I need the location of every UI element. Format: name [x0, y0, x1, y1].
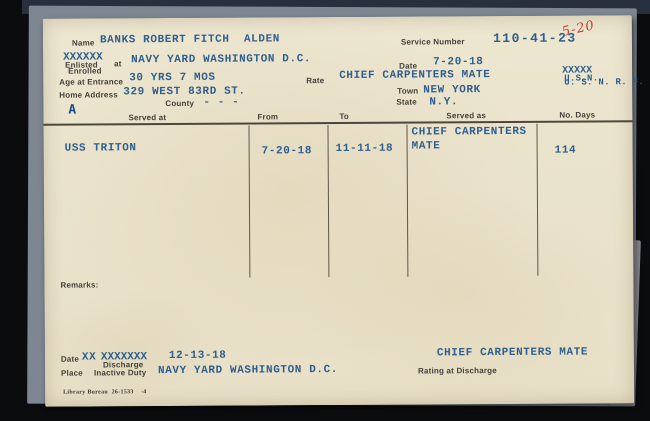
- enrolled-label: Enrolled: [68, 66, 102, 75]
- row-from: 7-20-18: [262, 145, 312, 157]
- column-from: From: [257, 112, 278, 121]
- form-number: Library Bureau 26-1533 -4: [63, 389, 146, 396]
- town-label: Town: [397, 87, 418, 96]
- red-handwritten-annotation: 5-20: [561, 18, 597, 40]
- state-label: State: [396, 98, 417, 107]
- usn-overstrike-xs: XXXXX: [562, 65, 592, 76]
- name-label: Name: [72, 38, 95, 47]
- state-value: N.Y.: [429, 96, 458, 108]
- table-column-line-2: [327, 125, 329, 277]
- inactive-duty-label: Inactive Duty: [94, 368, 146, 377]
- table-column-line-3: [406, 125, 408, 277]
- service-record-card: Name BANKS ROBERT FITCH ALDEN Service Nu…: [43, 15, 634, 407]
- county-label: County: [165, 99, 194, 108]
- enroll-date-value: 7-20-18: [433, 56, 483, 68]
- enlisted-overstrike-xs: XXXXXX: [63, 51, 103, 63]
- date-overstrike-xx: XX: [82, 351, 96, 363]
- row-to: 11-11-18: [336, 143, 394, 155]
- column-served-at: Served at: [128, 113, 166, 122]
- discharge-date-label: Date: [61, 355, 79, 364]
- usnrf-value: U. S. N. R. F.: [564, 77, 644, 87]
- at-label: at: [114, 59, 122, 68]
- table-column-line-4: [536, 124, 538, 276]
- county-value: - - -: [203, 97, 239, 109]
- age-at-entrance-label: Age at Entrance: [59, 77, 123, 86]
- column-no-days: No. Days: [559, 110, 595, 119]
- remarks-label: Remarks:: [60, 280, 98, 289]
- rating-at-discharge-label: Rating at Discharge: [418, 366, 497, 375]
- row-served-as-line2: MATE: [412, 140, 441, 152]
- place-value: NAVY YARD WASHINGTON D.C.: [158, 364, 338, 377]
- column-to: To: [339, 112, 349, 121]
- row-no-days: 114: [555, 145, 577, 157]
- service-number-label: Service Number: [401, 37, 465, 46]
- row-served-at: USS TRITON: [65, 142, 137, 154]
- rating-at-discharge-value: CHIEF CARPENTERS MATE: [437, 346, 588, 359]
- column-served-as: Served as: [446, 111, 486, 120]
- enrolled-at-value: NAVY YARD WASHINGTON D.C.: [131, 53, 311, 66]
- letter-a-stamp: A: [68, 103, 76, 118]
- discharge-overstrike-xs: XXXXXXX: [101, 351, 147, 363]
- discharge-date-value: 12-13-18: [169, 350, 227, 362]
- table-column-line-1: [248, 126, 250, 278]
- home-address-label: Home Address: [59, 90, 118, 99]
- name-value: BANKS ROBERT FITCH ALDEN: [100, 33, 280, 46]
- age-value: 30 YRS 7 MOS: [129, 72, 215, 85]
- place-label: Place: [61, 369, 83, 378]
- rate-value: CHIEF CARPENTERS MATE: [339, 69, 490, 82]
- rate-label: Rate: [306, 76, 324, 85]
- row-served-as-line1: CHIEF CARPENTERS: [411, 126, 526, 139]
- town-value: NEW YORK: [423, 84, 481, 96]
